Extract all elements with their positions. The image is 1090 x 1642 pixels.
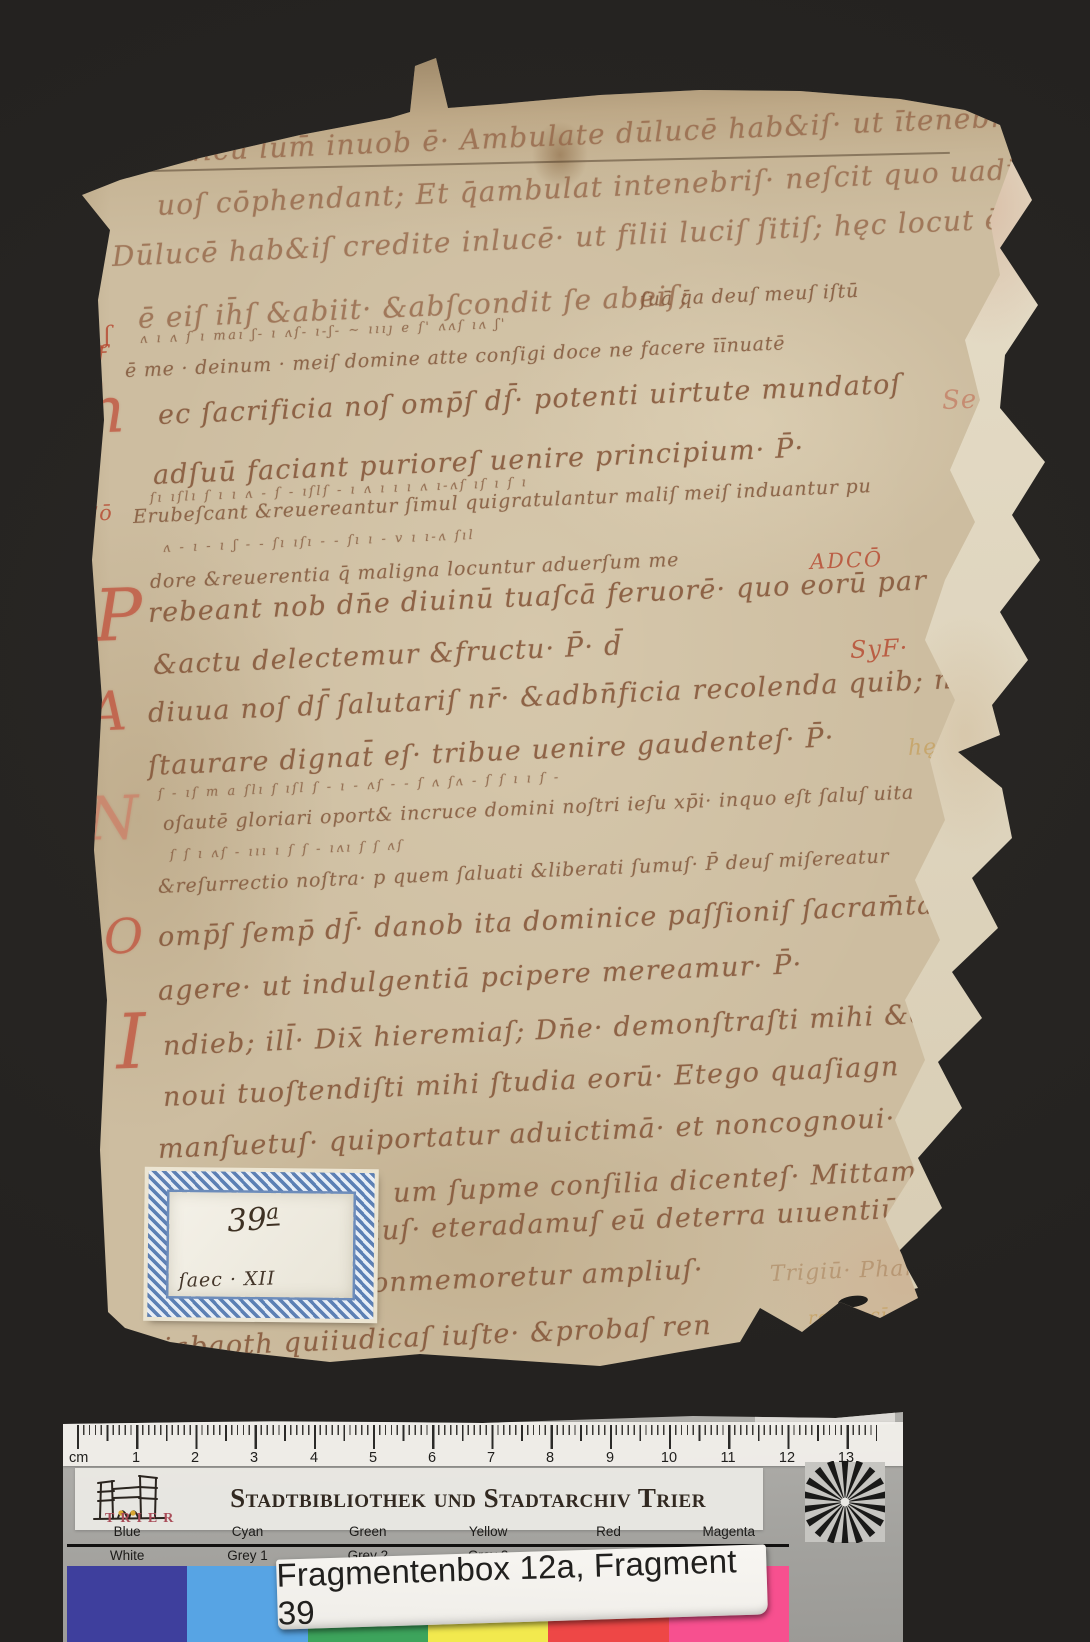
shelfmark-era: ſaec · XII <box>178 1267 275 1291</box>
color-label: Cyan <box>187 1524 307 1543</box>
ruler-number: 3 <box>243 1450 265 1466</box>
ruler-number: 8 <box>539 1450 561 1466</box>
ruler-number: 11 <box>717 1450 739 1466</box>
neume-row: ʌ - ı - ı ʃ - - ſı ıſı - - ſı ı - v ı ı-… <box>163 529 476 555</box>
initial-a: A <box>87 687 128 737</box>
ruler-unit-label: cm <box>69 1450 88 1466</box>
fragment-sticker: Fragmentenbox 12a, Fragment 39 <box>276 1544 768 1629</box>
color-label: Magenta <box>669 1524 789 1543</box>
institution-banner: Stadtbibliothek und Stadtarchiv Trier TR… <box>75 1468 763 1530</box>
marginalia-ren: ren̄ recı̄ <box>808 1307 888 1328</box>
neume-row: ſ ſ ı ʌſ - ııı ı ſ ſ - ıʌı ſ ſ ʌſ <box>170 839 405 862</box>
ruler-number: 12 <box>776 1450 798 1466</box>
rubric-syf: SyF· <box>849 636 908 662</box>
initial-i: I <box>115 1007 147 1076</box>
ruler-number: 7 <box>480 1450 502 1466</box>
manuscript-line: &actu delectemur &fructu· P̄· d̄ <box>152 632 623 679</box>
ruler-number: 5 <box>362 1450 384 1466</box>
digitized-manuscript-photo: { "manuscript": { "lines": [ {"text":"mo… <box>0 0 1090 1642</box>
manuscript-line: onmemoretur ampliuſ· <box>371 1256 704 1297</box>
ruler-number: 1 <box>125 1450 147 1466</box>
manuscript-line: ndieb; ill̄· Dix̄ hieremiaſ; Dn̄e· demon… <box>162 1000 962 1060</box>
marginalia-trig: Trigiū· Phar <box>770 1258 917 1286</box>
fragment-sticker-text: Fragmentenbox 12a, Fragment 39 <box>276 1541 768 1632</box>
manuscript-line: noui tuoſtendiſti mihi ſtudia eorū· Eteg… <box>162 1053 900 1111</box>
manuscript-line: ec ſacrificia noſ omp̄ſ dſ̄· potenti uir… <box>157 371 902 429</box>
rubric-of: of <box>75 343 107 374</box>
manuscript-line: omp̄ſ ſemp̄ dſ̄· danob ita dominice paſſ… <box>157 890 963 951</box>
ruler-number: 10 <box>658 1450 680 1466</box>
color-patch-blue <box>67 1566 187 1642</box>
ruler-number: 4 <box>303 1450 325 1466</box>
initial-n: N <box>85 791 139 847</box>
ruler-number: 2 <box>184 1450 206 1466</box>
shelfmark-number: 39a <box>226 1199 280 1239</box>
manuscript-line: iabaoth quiiudicaſ iuſte· &probaſ ren <box>162 1312 712 1362</box>
color-label: White <box>67 1548 187 1566</box>
color-label: Green <box>308 1524 428 1543</box>
ruler-number: 6 <box>421 1450 443 1466</box>
rubric-co: Cō <box>82 503 114 525</box>
color-label: Blue <box>67 1524 187 1543</box>
siemens-star-icon <box>805 1461 885 1543</box>
manuscript-line: manſuetuſ· quiportatur aduictimā· et non… <box>157 1105 896 1163</box>
ruler: cm 1 2 3 4 5 6 7 8 9 10 11 12 13 <box>63 1422 903 1466</box>
manuscript-line: ſtaurare dignat̄ eſ· tribue uenire gaude… <box>147 724 835 780</box>
manuscript-line: agere· ut indulgentiā pcipere mereamur· … <box>157 951 803 1005</box>
shelfmark-label-paper: 39a ſaec · XII <box>168 1192 353 1298</box>
color-label: Yellow <box>428 1524 548 1543</box>
initial-h: h <box>84 382 127 441</box>
initial-p: P <box>93 582 144 648</box>
shelfmark-label: 39a ſaec · XII <box>147 1171 375 1319</box>
color-labels-top-row: Blue Cyan Green Yellow Red Magenta <box>67 1524 789 1543</box>
marginalia-se: Se <box>941 387 977 414</box>
ruler-number: 9 <box>599 1450 621 1466</box>
institution-name: Stadtbibliothek und Stadtarchiv Trier <box>179 1483 757 1514</box>
initial-o: O <box>103 915 144 960</box>
color-label: Red <box>548 1524 668 1543</box>
ruler-ticks <box>77 1425 877 1451</box>
